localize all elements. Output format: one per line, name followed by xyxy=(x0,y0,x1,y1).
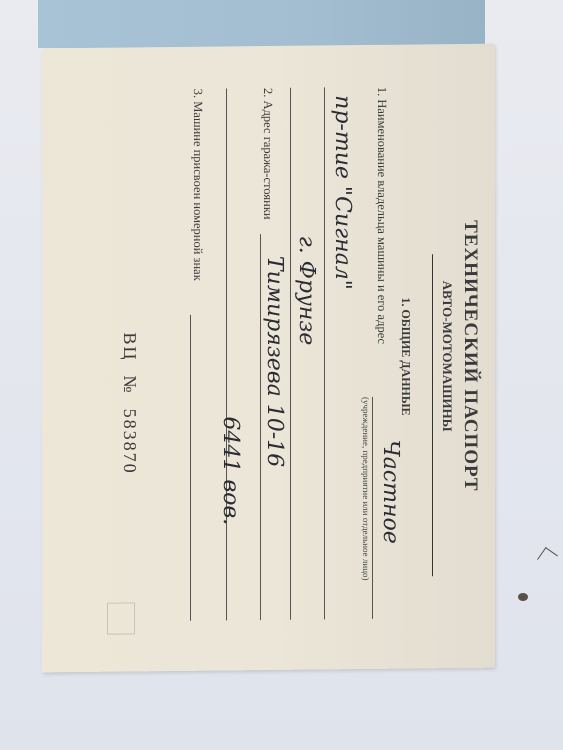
serial-digits: 583870 xyxy=(120,409,140,475)
field-owner-label: 1. Наименование владельца машины и его а… xyxy=(374,87,389,344)
section-heading: 1. ОБЩИЕ ДАННЫЕ xyxy=(398,44,413,668)
field-owner-hint: (учреждение, предприятие или отдельное л… xyxy=(361,397,371,581)
serial-number: ВЦ№583870 xyxy=(119,332,140,488)
document-title: ТЕХНИЧЕСКИЙ ПАСПОРТ xyxy=(459,44,481,668)
field-owner-line-2 xyxy=(324,87,325,619)
field-plate-value: 6441 вов. xyxy=(218,416,243,525)
serial-number-sign: № xyxy=(120,375,140,394)
field-garage-value: Тимирязева 10-16 xyxy=(262,256,287,468)
field-plate-line xyxy=(190,315,191,621)
surface-speck xyxy=(518,593,528,601)
field-owner-line-1 xyxy=(372,397,373,619)
passport-cover-flap xyxy=(38,0,485,48)
field-owner-value-2: пр-тие "Сигнал" xyxy=(330,95,355,290)
field-garage-line xyxy=(260,234,261,620)
document-subtitle: АВТО-МОТОМАШИНЫ xyxy=(439,44,455,668)
surface-scratch xyxy=(537,547,558,568)
faint-stamp-box xyxy=(107,602,135,634)
header-rule xyxy=(432,254,433,576)
serial-series: ВЦ xyxy=(120,332,140,361)
field-plate-label: 3. Машине присвоен номерной знак xyxy=(190,89,205,281)
field-owner-line-3 xyxy=(290,88,291,620)
passport-page: ТЕХНИЧЕСКИЙ ПАСПОРТ АВТО-МОТОМАШИНЫ 1. О… xyxy=(42,44,495,673)
passport-page-content: ТЕХНИЧЕСКИЙ ПАСПОРТ АВТО-МОТОМАШИНЫ 1. О… xyxy=(42,44,495,673)
field-owner-value-1: Частное xyxy=(378,440,403,544)
field-garage-line-2 xyxy=(226,88,227,620)
field-owner-value-3: г. Фрунзе xyxy=(294,235,319,345)
field-garage-label: 2. Адрес гаража-стоянки xyxy=(260,88,275,220)
